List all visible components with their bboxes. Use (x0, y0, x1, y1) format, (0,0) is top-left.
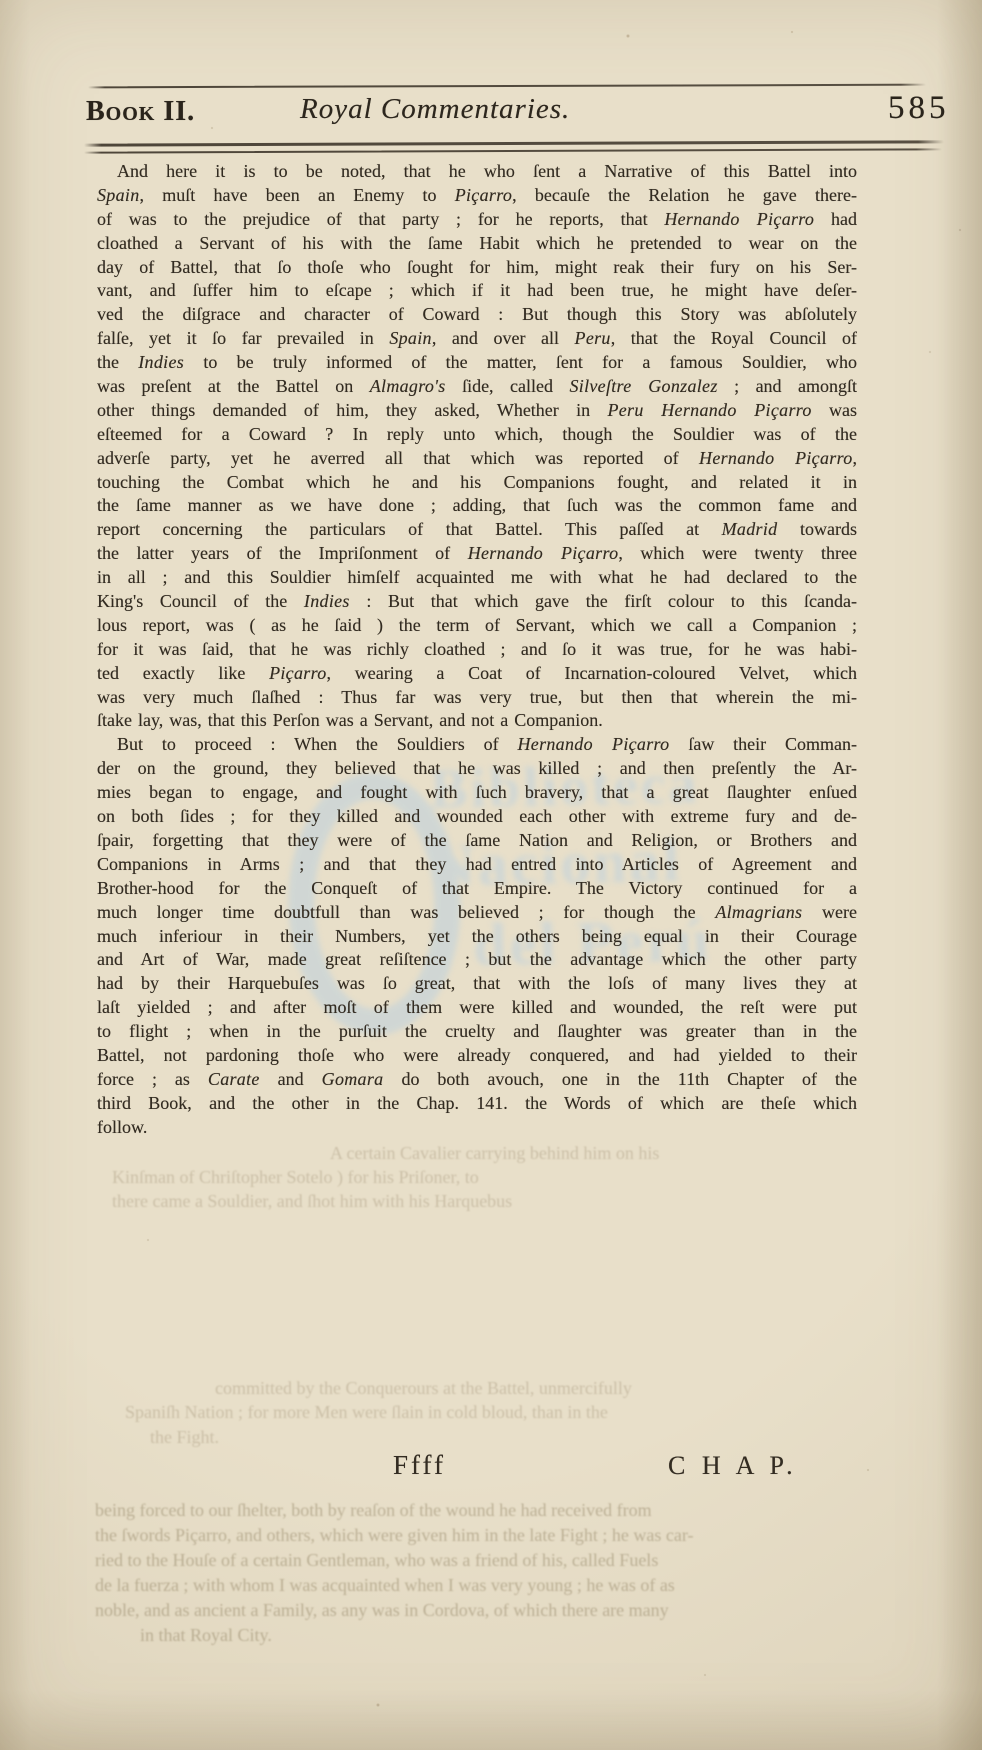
text-line: had by their Harquebuſes was ſo great, t… (97, 972, 857, 996)
text-line: the Indies to be truly informed of the m… (97, 351, 857, 375)
show-through-text-line: Kinſman of Chriſtopher Sotelo ) for his … (112, 1167, 479, 1188)
head-rule-double-lower (84, 148, 942, 153)
text-line: was very much ſlaſhed : Thus far was ver… (97, 686, 857, 710)
text-line: Spain, muſt have been an Enemy to Piçarr… (97, 184, 857, 208)
show-through-text-line: being forced to our ſhelter, both by rea… (95, 1500, 652, 1521)
text-line: cloathed a Servant of his with the ſame … (97, 232, 857, 256)
text-line: on both ſides ; for they killed and woun… (97, 805, 857, 829)
text-line: lous report, was ( as he ſaid ) the term… (97, 614, 857, 638)
text-line: the latter years of the Impriſonment of … (97, 542, 857, 566)
show-through-text-line: the Fight. (150, 1427, 219, 1448)
show-through-text-line: de la fuerza ; with whom I was acquainte… (95, 1575, 675, 1596)
show-through-text-line: the ſwords Piçarro, and others, which we… (95, 1525, 693, 1546)
text-line: report concerning the particulars of tha… (97, 518, 857, 542)
text-line: the ſame manner as we have done ; adding… (97, 494, 857, 518)
show-through-text-line: ried to the Houſe of a certain Gentleman… (95, 1550, 658, 1571)
text-line: to flight ; when in the purſuit the crue… (97, 1020, 857, 1044)
show-through-text-line: there came a Souldier, and ſhot him with… (112, 1191, 512, 1212)
text-line: eſteemed for a Coward ? In reply unto wh… (97, 423, 857, 447)
text-line: Companions in Arms ; and that they had e… (97, 853, 857, 877)
text-line: ſpair, forgetting that they were of the … (97, 829, 857, 853)
book-page-scan: Biblioteca Nacional del Perú A certain C… (0, 0, 982, 1750)
text-line: laſt yielded ; and after moſt of them we… (97, 996, 857, 1020)
text-line: ved the diſgrace and character of Coward… (97, 303, 857, 327)
text-line: vant, and ſuffer him to eſcape ; which i… (97, 279, 857, 303)
text-line: in all ; and this Souldier himſelf acqua… (97, 566, 857, 590)
page-number: 585 (888, 90, 950, 127)
show-through-text-line: noble, and as ancient a Family, as any w… (95, 1600, 669, 1621)
text-line: ſtake lay, was, that this Perſon was a S… (97, 709, 857, 733)
text-line: Battel, not pardoning thoſe who were alr… (97, 1044, 857, 1068)
text-line: much longer time doubtfull than was beli… (97, 901, 857, 925)
text-line: mies began to engage, and fought with ſu… (97, 781, 857, 805)
text-line: ted exactly like Piçarro, wearing a Coat… (97, 662, 857, 686)
text-line: for it was ſaid, that he was richly cloa… (97, 638, 857, 662)
head-rule-double-upper (84, 140, 944, 146)
show-through-text-line: in that Royal City. (140, 1625, 272, 1646)
show-through-text-line: committed by the Conquerours at the Batt… (215, 1378, 632, 1399)
text-line: Brother-hood for the Conqueſt of that Em… (97, 877, 857, 901)
text-line: der on the ground, they believed that he… (97, 757, 857, 781)
text-line: adverſe party, yet he averred all that w… (97, 447, 857, 471)
signature-mark: Ffff (393, 1450, 446, 1481)
text-line: and Art of War, made great reſiſtence ; … (97, 948, 857, 972)
text-line: And here it is to be noted, that he who … (97, 160, 857, 184)
catchword: C H A P. (668, 1451, 798, 1481)
body-text: And here it is to be noted, that he who … (97, 160, 857, 1140)
show-through-text-line: Spaniſh Nation ; for more Men were ſlain… (125, 1402, 608, 1423)
text-line: touching the Combat which he and his Com… (97, 471, 857, 495)
text-line: King's Council of the Indies : But that … (97, 590, 857, 614)
text-line: follow. (97, 1116, 857, 1140)
running-head-title: Royal Commentaries. (300, 93, 570, 126)
text-line: But to proceed : When the Souldiers of H… (97, 733, 857, 757)
text-line: was preſent at the Battel on Almagro's ſ… (97, 375, 857, 399)
text-line: force ; as Carate and Gomara do both avo… (97, 1068, 857, 1092)
running-head-book-label: Book II. (86, 96, 195, 128)
show-through-text-line: A certain Cavalier carrying behind him o… (330, 1143, 659, 1164)
text-line: of was to the prejudice of that party ; … (97, 208, 857, 232)
head-rule-top (88, 84, 926, 89)
text-line: falſe, yet it ſo far prevailed in Spain,… (97, 327, 857, 351)
text-line: third Book, and the other in the Chap. 1… (97, 1092, 857, 1116)
text-line: other things demanded of him, they asked… (97, 399, 857, 423)
text-line: much inferiour in their Numbers, yet the… (97, 925, 857, 949)
text-line: day of Battel, that ſo thoſe who ſought … (97, 256, 857, 280)
